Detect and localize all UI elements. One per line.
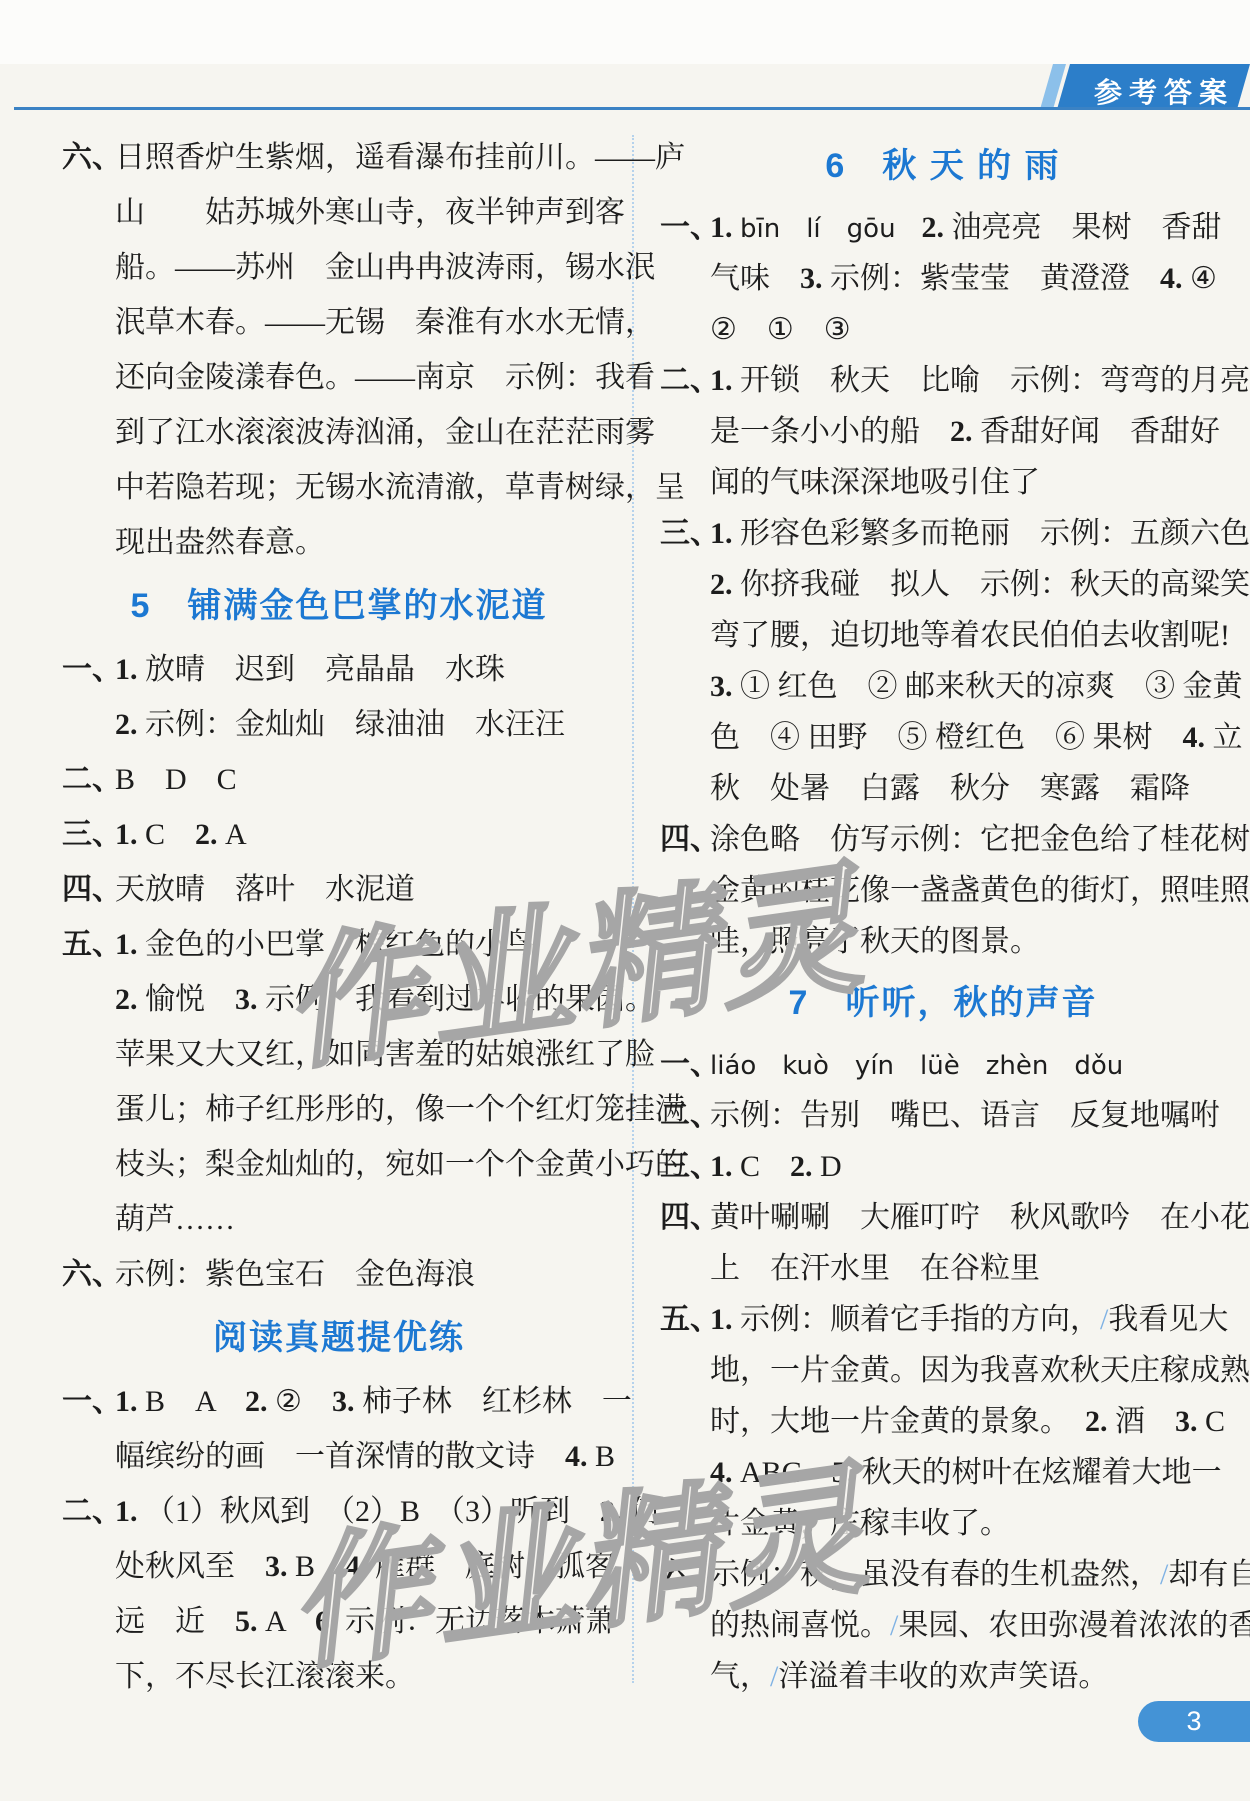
item-number: 2. [950, 415, 980, 448]
answer-text: 船。——苏州 金山冉冉波涛雨，锡水泯 [115, 251, 655, 284]
item-number: 2. [600, 1495, 630, 1528]
answer-text: 还向金陵漾春色。——南京 示例：我看 [115, 361, 655, 394]
answer-line: 三、1. C 2. A [62, 807, 616, 862]
answer-line: 泯草木春。——无锡 秦淮有水水无情， [62, 295, 616, 350]
answer-text: 示例：顺着它手指的方向， [740, 1303, 1100, 1336]
page-title: 参考答案 [1094, 71, 1234, 111]
answer-line: 的热闹喜悦。/果园、农田弥漫着浓浓的香 [660, 1600, 1226, 1651]
answer-line: 一、1. B A 2. ② 3. 柿子林 红杉林 一 [62, 1374, 616, 1429]
pinyin-text: bīn lí gōu [740, 214, 922, 244]
answer-line: 五、1. 示例：顺着它手指的方向，/我看见大 [660, 1294, 1226, 1345]
answer-text: ② ① ③ [710, 313, 851, 346]
right-column: 6 秋 天 的 雨一、1. bīn lí gōu 2. 油亮亮 果树 香甜气味 … [660, 130, 1226, 1702]
answer-text: C [145, 818, 195, 851]
item-marker: 二、 [62, 1484, 115, 1539]
answer-text: 是一条小小的船 [710, 415, 950, 448]
item-number: 1. [115, 818, 145, 851]
answer-text: 蛋儿；柿子红彤彤的，像一个个红灯笼挂满 [115, 1093, 685, 1126]
answer-text: ② [275, 1385, 332, 1418]
item-number: 2. [710, 568, 740, 601]
item-number: 2. [115, 983, 145, 1016]
answer-text: C [1205, 1405, 1225, 1438]
answer-line: ② ① ③ [660, 304, 1226, 355]
answer-text: D [820, 1150, 842, 1183]
answer-line: 远 近 5. A 6. 示例：无边落木萧萧 [62, 1594, 616, 1649]
answer-text: 下，不尽长江滚滚来。 [115, 1660, 415, 1693]
item-number: 1. [710, 364, 740, 397]
answer-line: 五、1. 金色的小巴掌 棕红色的小鸟 [62, 917, 616, 972]
answer-line: 三、1. C 2. D [660, 1141, 1226, 1192]
answer-text: 的热闹喜悦。 [710, 1609, 890, 1642]
section-heading: 阅读真题提优练 [62, 1302, 616, 1374]
answer-line: 山 姑苏城外寒山寺，夜半钟声到客 [62, 185, 616, 240]
answer-line: 下，不尽长江滚滚来。 [62, 1649, 616, 1704]
answer-line: 一、1. bīn lí gōu 2. 油亮亮 果树 香甜 [660, 202, 1226, 253]
answer-text: 果园、农田弥漫着浓浓的香 [898, 1609, 1250, 1642]
answer-text: 示例：秋，虽没有春的生机盎然， [710, 1558, 1160, 1591]
answer-text: A [265, 1605, 315, 1638]
answer-text: C [740, 1150, 790, 1183]
answer-text: 示例：我看到过丰收的果园。 [265, 983, 655, 1016]
item-number: 4. [345, 1550, 375, 1583]
answer-line: 枝头；梨金灿灿的，宛如一个个金黄小巧的 [62, 1137, 616, 1192]
answer-line: 二、B D C [62, 752, 616, 807]
item-number: 1. [115, 928, 145, 961]
answer-line: 四、黄叶唰唰 大雁叮咛 秋风歌吟 在小花 [660, 1192, 1226, 1243]
item-marker: 六、 [62, 130, 115, 185]
answer-line: 一、1. 放晴 迟到 亮晶晶 水珠 [62, 642, 616, 697]
answer-text: 示例：紫色宝石 金色海浪 [115, 1258, 475, 1291]
answer-text: 立 [1213, 721, 1243, 754]
item-marker: 六、 [660, 1549, 710, 1600]
answer-line: 上 在汗水里 在谷粒里 [660, 1243, 1226, 1294]
answer-text: 你挤我碰 拟人 示例：秋天的高粱笑 [740, 568, 1250, 601]
answer-line: 二、1. 开锁 秋天 比喻 示例：弯弯的月亮 [660, 355, 1226, 406]
answer-text: 枝头；梨金灿灿的，宛如一个个金黄小巧的 [115, 1148, 685, 1181]
item-number: 4. [1183, 721, 1213, 754]
answer-text: 幅缤纷的画 一首深情的散文诗 [115, 1440, 565, 1473]
answer-text: 却有自己 [1168, 1558, 1250, 1591]
item-number: 3. [332, 1385, 362, 1418]
answer-text: 示例：金灿灿 绿油油 水汪汪 [145, 708, 565, 741]
answer-line: 哇，照亮了秋天的图景。 [660, 916, 1226, 967]
answer-text: ① 红色 ② 邮来秋天的凉爽 ③ 金黄 [740, 670, 1243, 703]
answer-text: 秋 处暑 白露 秋分 寒露 霜降 [710, 772, 1190, 805]
answer-text: 色 ④ 田野 ⑤ 橙红色 ⑥ 果树 [710, 721, 1183, 754]
item-marker: 一、 [660, 1039, 710, 1090]
item-number: 4. [710, 1456, 740, 1489]
header-rule [14, 107, 1250, 110]
item-number: 3. [265, 1550, 295, 1583]
answer-line: 是一条小小的船 2. 香甜好闻 香甜好 [660, 406, 1226, 457]
item-marker: 五、 [62, 917, 115, 972]
answer-line: 气，/洋溢着丰收的欢声笑语。 [660, 1651, 1226, 1702]
answer-text: 时，大地一片金黄的景象。 [710, 1405, 1085, 1438]
item-marker: 二、 [660, 355, 710, 406]
item-number: 5. [235, 1605, 265, 1638]
item-number: 1. [710, 517, 740, 550]
item-number: 4. [565, 1440, 595, 1473]
item-marker: 三、 [62, 807, 115, 862]
item-number: 3. [710, 670, 740, 703]
item-number: 3. [235, 983, 265, 1016]
answer-text: 金色的小巴掌 棕红色的小鸟 [145, 928, 535, 961]
answer-text: 苹果又大又红，如同害羞的姑娘涨红了脸 [115, 1038, 655, 1071]
item-marker: 一、 [62, 1374, 115, 1429]
answer-text: 气味 [710, 262, 800, 295]
answer-line: 幅缤纷的画 一首深情的散文诗 4. B [62, 1429, 616, 1484]
item-number: 5. [832, 1456, 862, 1489]
answer-text: 雁群 庭树 孤客 [375, 1550, 615, 1583]
answer-line: 气味 3. 示例：紫莹莹 黄澄澄 4. ④ [660, 253, 1226, 304]
answer-line: 处秋风至 3. B 4. 雁群 庭树 孤客 [62, 1539, 616, 1594]
answer-text: B [295, 1550, 345, 1583]
answer-text: B D C [115, 763, 237, 796]
item-number: 2. [195, 818, 225, 851]
page-top-margin [0, 0, 1250, 64]
answer-text: 香甜好闻 香甜好 [980, 415, 1220, 448]
answer-line: 金黄的桂花像一盏盏黄色的街灯，照哇照 [660, 865, 1226, 916]
answer-line: 到了江水滚滚波涛汹涌，金山在茫茫雨雾 [62, 405, 616, 460]
answer-line: 二、1. （1）秋风到 （2）B （3）听到 2. 何 [62, 1484, 616, 1539]
answer-text: 洋溢着丰收的欢声笑语。 [778, 1660, 1108, 1693]
answer-line: 四、天放晴 落叶 水泥道 [62, 862, 616, 917]
answer-text: 涂色略 仿写示例：它把金色给了桂花树， [710, 823, 1250, 856]
item-number: 1. [710, 211, 740, 244]
item-number: 2. [245, 1385, 275, 1418]
answer-text: ABC [740, 1456, 832, 1489]
left-column: 六、日照香炉生紫烟，遥看瀑布挂前川。——庐山 姑苏城外寒山寺，夜半钟声到客船。—… [62, 130, 616, 1704]
answer-text: 何 [630, 1495, 660, 1528]
answer-text: 地，一片金黄。因为我喜欢秋天庄稼成熟 [710, 1354, 1250, 1387]
item-number: 1. [115, 653, 145, 686]
answer-line: 2. 愉悦 3. 示例：我看到过丰收的果园。 [62, 972, 616, 1027]
answer-line: 色 ④ 田野 ⑤ 橙红色 ⑥ 果树 4. 立 [660, 712, 1226, 763]
answer-line: 现出盎然春意。 [62, 515, 616, 570]
answer-text: 泯草木春。——无锡 秦淮有水水无情， [115, 306, 655, 339]
answer-line: 还向金陵漾春色。——南京 示例：我看 [62, 350, 616, 405]
answer-text: 上 在汗水里 在谷粒里 [710, 1252, 1040, 1285]
answer-key-page: 参考答案 六、日照香炉生紫烟，遥看瀑布挂前川。——庐山 姑苏城外寒山寺，夜半钟声… [0, 0, 1250, 1801]
item-marker: 一、 [660, 202, 710, 253]
item-number: 4. [1160, 262, 1190, 295]
answer-text: （1）秋风到 （2）B （3）听到 [145, 1495, 600, 1528]
answer-text: 远 近 [115, 1605, 235, 1638]
page-number: 3 [1186, 1706, 1201, 1736]
answer-line: 中若隐若现；无锡水流清澈，草青树绿，呈 [62, 460, 616, 515]
answer-line: 2. 你挤我碰 拟人 示例：秋天的高粱笑 [660, 559, 1226, 610]
answer-line: 4. ABC 5. 秋天的树叶在炫耀着大地一 [660, 1447, 1226, 1498]
item-number: 1. [710, 1303, 740, 1336]
item-number: 1. [115, 1385, 145, 1418]
answer-text: 柿子林 红杉林 一 [362, 1385, 632, 1418]
answer-text: 开锁 秋天 比喻 示例：弯弯的月亮 [740, 364, 1250, 397]
answer-text: 油亮亮 果树 香甜 [952, 211, 1222, 244]
answer-text: 到了江水滚滚波涛汹涌，金山在茫茫雨雾 [115, 416, 655, 449]
answer-text: 示例：紫莹莹 黄澄澄 [830, 262, 1160, 295]
page-number-badge: 3 [1138, 1701, 1250, 1742]
answer-text: 黄叶唰唰 大雁叮咛 秋风歌吟 在小花 [710, 1201, 1250, 1234]
answer-line: 苹果又大又红，如同害羞的姑娘涨红了脸 [62, 1027, 616, 1082]
answer-text: 中若隐若现；无锡水流清澈，草青树绿，呈 [115, 471, 685, 504]
answer-text: 我看见大 [1108, 1303, 1228, 1336]
answer-line: 船。——苏州 金山冉冉波涛雨，锡水泯 [62, 240, 616, 295]
item-marker: 二、 [62, 752, 115, 807]
item-number: 1. [115, 1495, 145, 1528]
answer-line: 3. ① 红色 ② 邮来秋天的凉爽 ③ 金黄 [660, 661, 1226, 712]
answer-text: A [225, 818, 247, 851]
answer-line: 葫芦…… [62, 1192, 616, 1247]
answer-text: 闻的气味深深地吸引住了 [710, 466, 1040, 499]
item-number: 2. [922, 211, 952, 244]
answer-text: 愉悦 [145, 983, 235, 1016]
pinyin-text: liáo kuò yín lüè zhèn dǒu [710, 1051, 1123, 1081]
item-number: 6. [315, 1605, 345, 1638]
item-number: 2. [790, 1150, 820, 1183]
item-marker: 六、 [62, 1247, 115, 1302]
answer-text: 日照香炉生紫烟，遥看瀑布挂前川。——庐 [115, 141, 685, 174]
answer-line: 二、示例：告别 嘴巴、语言 反复地嘱咐 [660, 1090, 1226, 1141]
answer-text: 酒 [1115, 1405, 1175, 1438]
answer-line: 三、1. 形容色彩繁多而艳丽 示例：五颜六色 [660, 508, 1226, 559]
answer-line: 六、日照香炉生紫烟，遥看瀑布挂前川。——庐 [62, 130, 616, 185]
answer-text: 金黄的桂花像一盏盏黄色的街灯，照哇照 [710, 874, 1250, 907]
answer-text: 处秋风至 [115, 1550, 265, 1583]
answer-text: 哇，照亮了秋天的图景。 [710, 925, 1040, 958]
answer-text: B A [145, 1385, 245, 1418]
item-marker: 四、 [660, 1192, 710, 1243]
item-marker: 二、 [660, 1090, 710, 1141]
item-number: 2. [115, 708, 145, 741]
answer-text: 秋天的树叶在炫耀着大地一 [862, 1456, 1222, 1489]
answer-text: B [595, 1440, 615, 1473]
section-heading: 5 铺满金色巴掌的水泥道 [62, 570, 616, 642]
answer-text: ④ [1190, 262, 1217, 295]
answer-text: 气， [710, 1660, 770, 1693]
item-number: 3. [800, 262, 830, 295]
answer-line: 六、示例：秋，虽没有春的生机盎然，/却有自己 [660, 1549, 1226, 1600]
answer-line: 一、liáo kuò yín lüè zhèn dǒu [660, 1039, 1226, 1090]
answer-line: 蛋儿；柿子红彤彤的，像一个个红灯笼挂满 [62, 1082, 616, 1137]
answer-text: 放晴 迟到 亮晶晶 水珠 [145, 653, 505, 686]
answer-line: 片金黄，庄稼丰收了。 [660, 1498, 1226, 1549]
answer-line: 六、示例：紫色宝石 金色海浪 [62, 1247, 616, 1302]
item-number: 3. [1175, 1405, 1205, 1438]
answer-text: 示例：无边落木萧萧 [345, 1605, 615, 1638]
item-marker: 一、 [62, 642, 115, 697]
section-heading: 7 听听，秋的声音 [660, 967, 1226, 1039]
answer-text: 示例：告别 嘴巴、语言 反复地嘱咐 [710, 1099, 1220, 1132]
item-marker: 五、 [660, 1294, 710, 1345]
item-number: 2. [1085, 1405, 1115, 1438]
answer-line: 地，一片金黄。因为我喜欢秋天庄稼成熟 [660, 1345, 1226, 1396]
answer-text: 弯了腰，迫切地等着农民伯伯去收割呢! [710, 619, 1230, 652]
item-marker: 三、 [660, 508, 710, 559]
answer-text: 形容色彩繁多而艳丽 示例：五颜六色 [740, 517, 1250, 550]
answer-line: 弯了腰，迫切地等着农民伯伯去收割呢! [660, 610, 1226, 661]
answer-line: 四、涂色略 仿写示例：它把金色给了桂花树， [660, 814, 1226, 865]
item-marker: 三、 [660, 1141, 710, 1192]
answer-text: 天放晴 落叶 水泥道 [115, 873, 415, 906]
section-heading: 6 秋 天 的 雨 [660, 130, 1226, 202]
answer-line: 2. 示例：金灿灿 绿油油 水汪汪 [62, 697, 616, 752]
answer-line: 秋 处暑 白露 秋分 寒露 霜降 [660, 763, 1226, 814]
item-marker: 四、 [660, 814, 710, 865]
answer-text: 片金黄，庄稼丰收了。 [710, 1507, 1010, 1540]
answer-text: 现出盎然春意。 [115, 526, 325, 559]
answer-text: 山 姑苏城外寒山寺，夜半钟声到客 [115, 196, 625, 229]
item-number: 1. [710, 1150, 740, 1183]
item-marker: 四、 [62, 862, 115, 917]
answer-line: 闻的气味深深地吸引住了 [660, 457, 1226, 508]
answer-text: 葫芦…… [115, 1203, 235, 1236]
answer-line: 时，大地一片金黄的景象。 2. 酒 3. C [660, 1396, 1226, 1447]
